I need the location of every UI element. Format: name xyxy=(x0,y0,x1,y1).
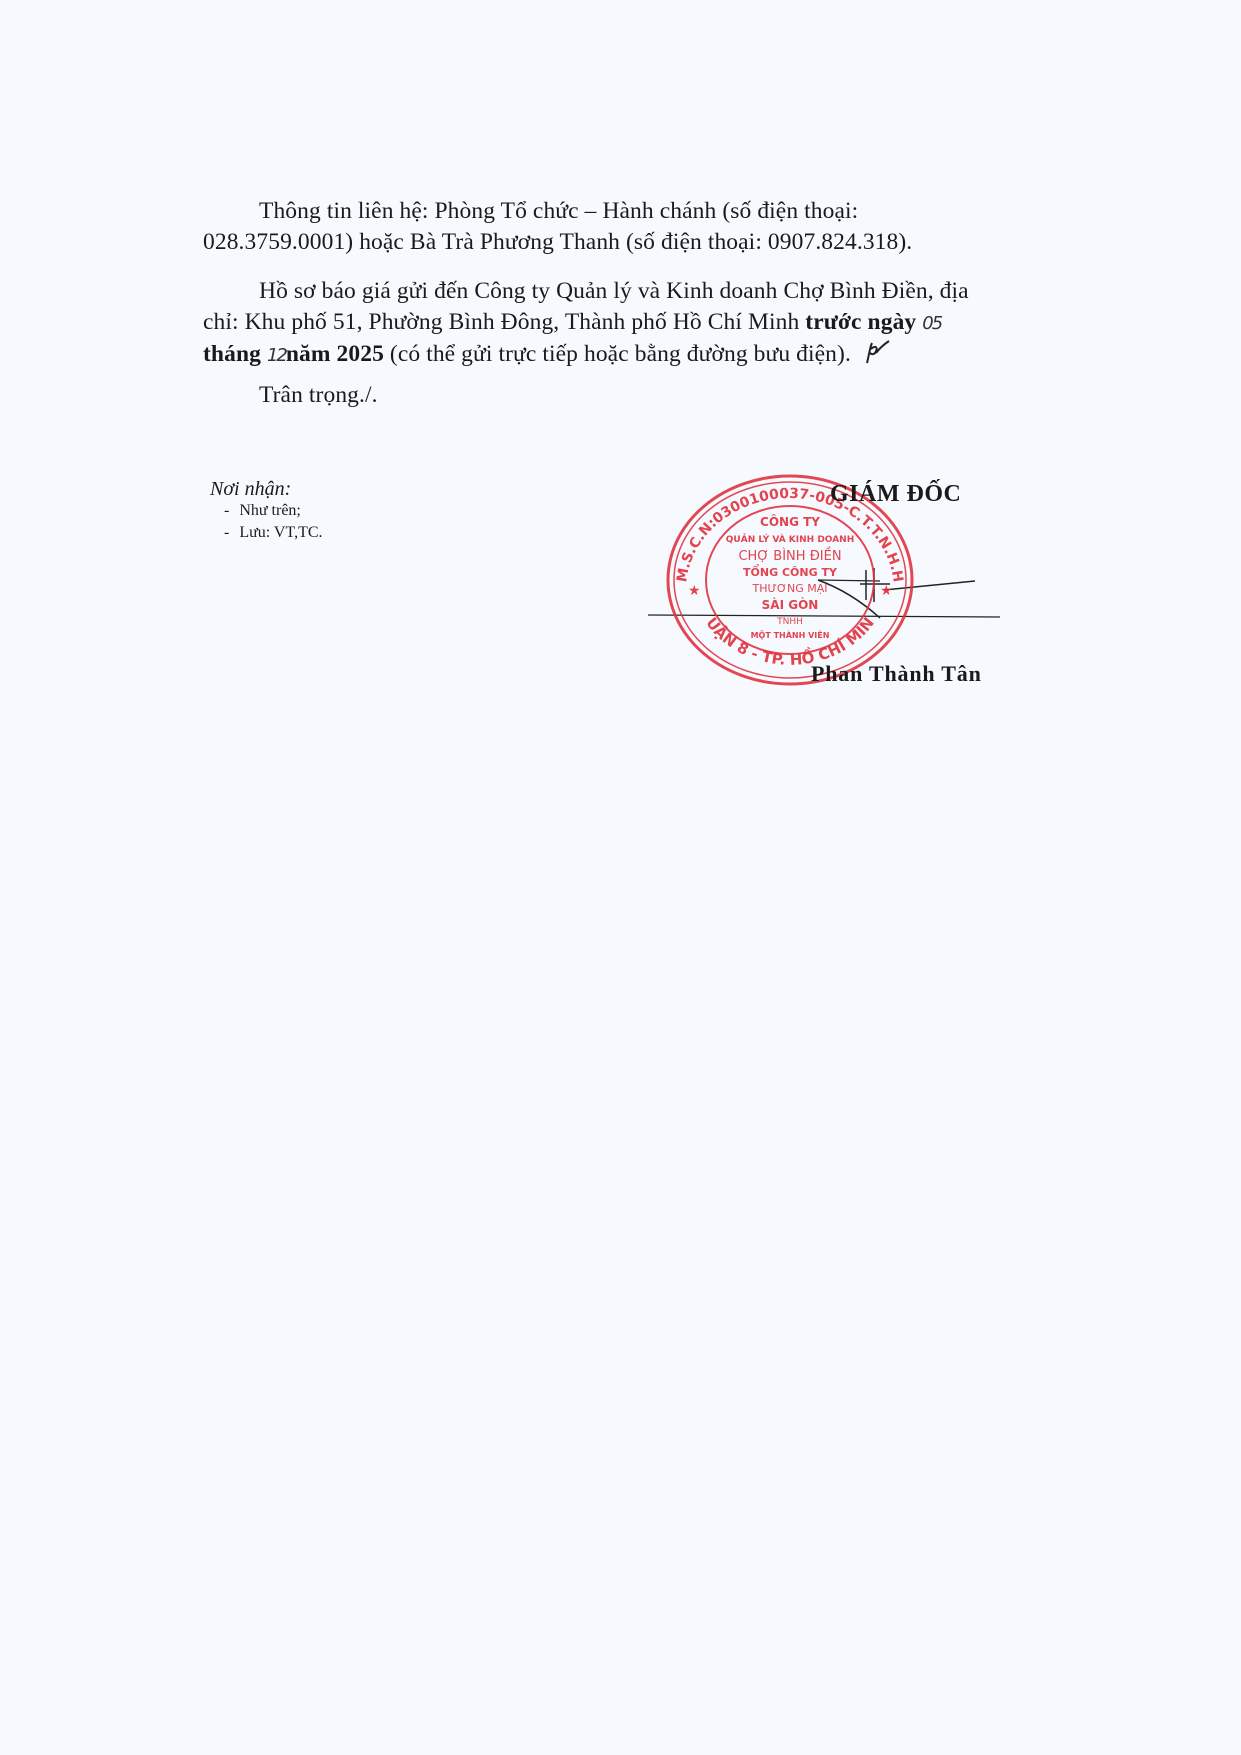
deadline-label: trước ngày xyxy=(805,309,916,335)
closing-text: Trân trọng./. xyxy=(259,382,378,408)
recipients-title: Nơi nhận: xyxy=(210,478,323,500)
signatory-title: GIÁM ĐỐC xyxy=(830,481,961,508)
svg-text:TNHH: TNHH xyxy=(776,617,803,627)
svg-text:★: ★ xyxy=(688,583,701,599)
svg-text:TỔNG CÔNG TY: TỔNG CÔNG TY xyxy=(743,564,838,579)
svg-text:QUẢN LÝ VÀ KINH DOANH: QUẢN LÝ VÀ KINH DOANH xyxy=(726,533,854,545)
signatory-name: Phan Thành Tân xyxy=(811,661,982,687)
closing: Trân trọng./. xyxy=(203,380,1003,411)
initials-mark-icon xyxy=(861,339,891,365)
svg-text:THƯƠNG MẠI: THƯƠNG MẠI xyxy=(752,582,828,595)
svg-text:CÔNG TY: CÔNG TY xyxy=(760,514,820,529)
recipients-block: Nơi nhận: Như trên; Lưu: VT,TC. xyxy=(210,478,323,544)
svg-text:CHỢ BÌNH ĐIỀN: CHỢ BÌNH ĐIỀN xyxy=(738,547,841,564)
recipient-item: Lưu: VT,TC. xyxy=(224,522,323,544)
contact-paragraph: Thông tin liên hệ: Phòng Tổ chức – Hành … xyxy=(203,196,1003,258)
month-label: tháng xyxy=(203,341,261,367)
svg-text:MỘT THÀNH VIÊN: MỘT THÀNH VIÊN xyxy=(751,629,830,640)
recipient-item: Như trên; xyxy=(224,500,323,522)
recipients-list: Như trên; Lưu: VT,TC. xyxy=(210,500,323,544)
submission-address: chỉ: Khu phố 51, Phường Bình Đông, Thành… xyxy=(203,309,805,335)
submission-paragraph: Hồ sơ báo giá gửi đến Công ty Quản lý và… xyxy=(203,276,1003,371)
handwritten-day: 05 xyxy=(922,313,941,334)
svg-text:★: ★ xyxy=(880,583,893,599)
submission-method: (có thể gửi trực tiếp hoặc bằng đường bư… xyxy=(384,341,851,367)
year-label: năm 2025 xyxy=(286,341,384,367)
contact-line-1: Thông tin liên hệ: Phòng Tổ chức – Hành … xyxy=(259,198,858,224)
contact-line-2: 028.3759.0001) hoặc Bà Trà Phương Thanh … xyxy=(203,227,1003,258)
handwritten-month: 12 xyxy=(267,345,286,366)
svg-text:SÀI GÒN: SÀI GÒN xyxy=(762,597,819,612)
submission-line-1: Hồ sơ báo giá gửi đến Công ty Quản lý và… xyxy=(259,278,969,304)
